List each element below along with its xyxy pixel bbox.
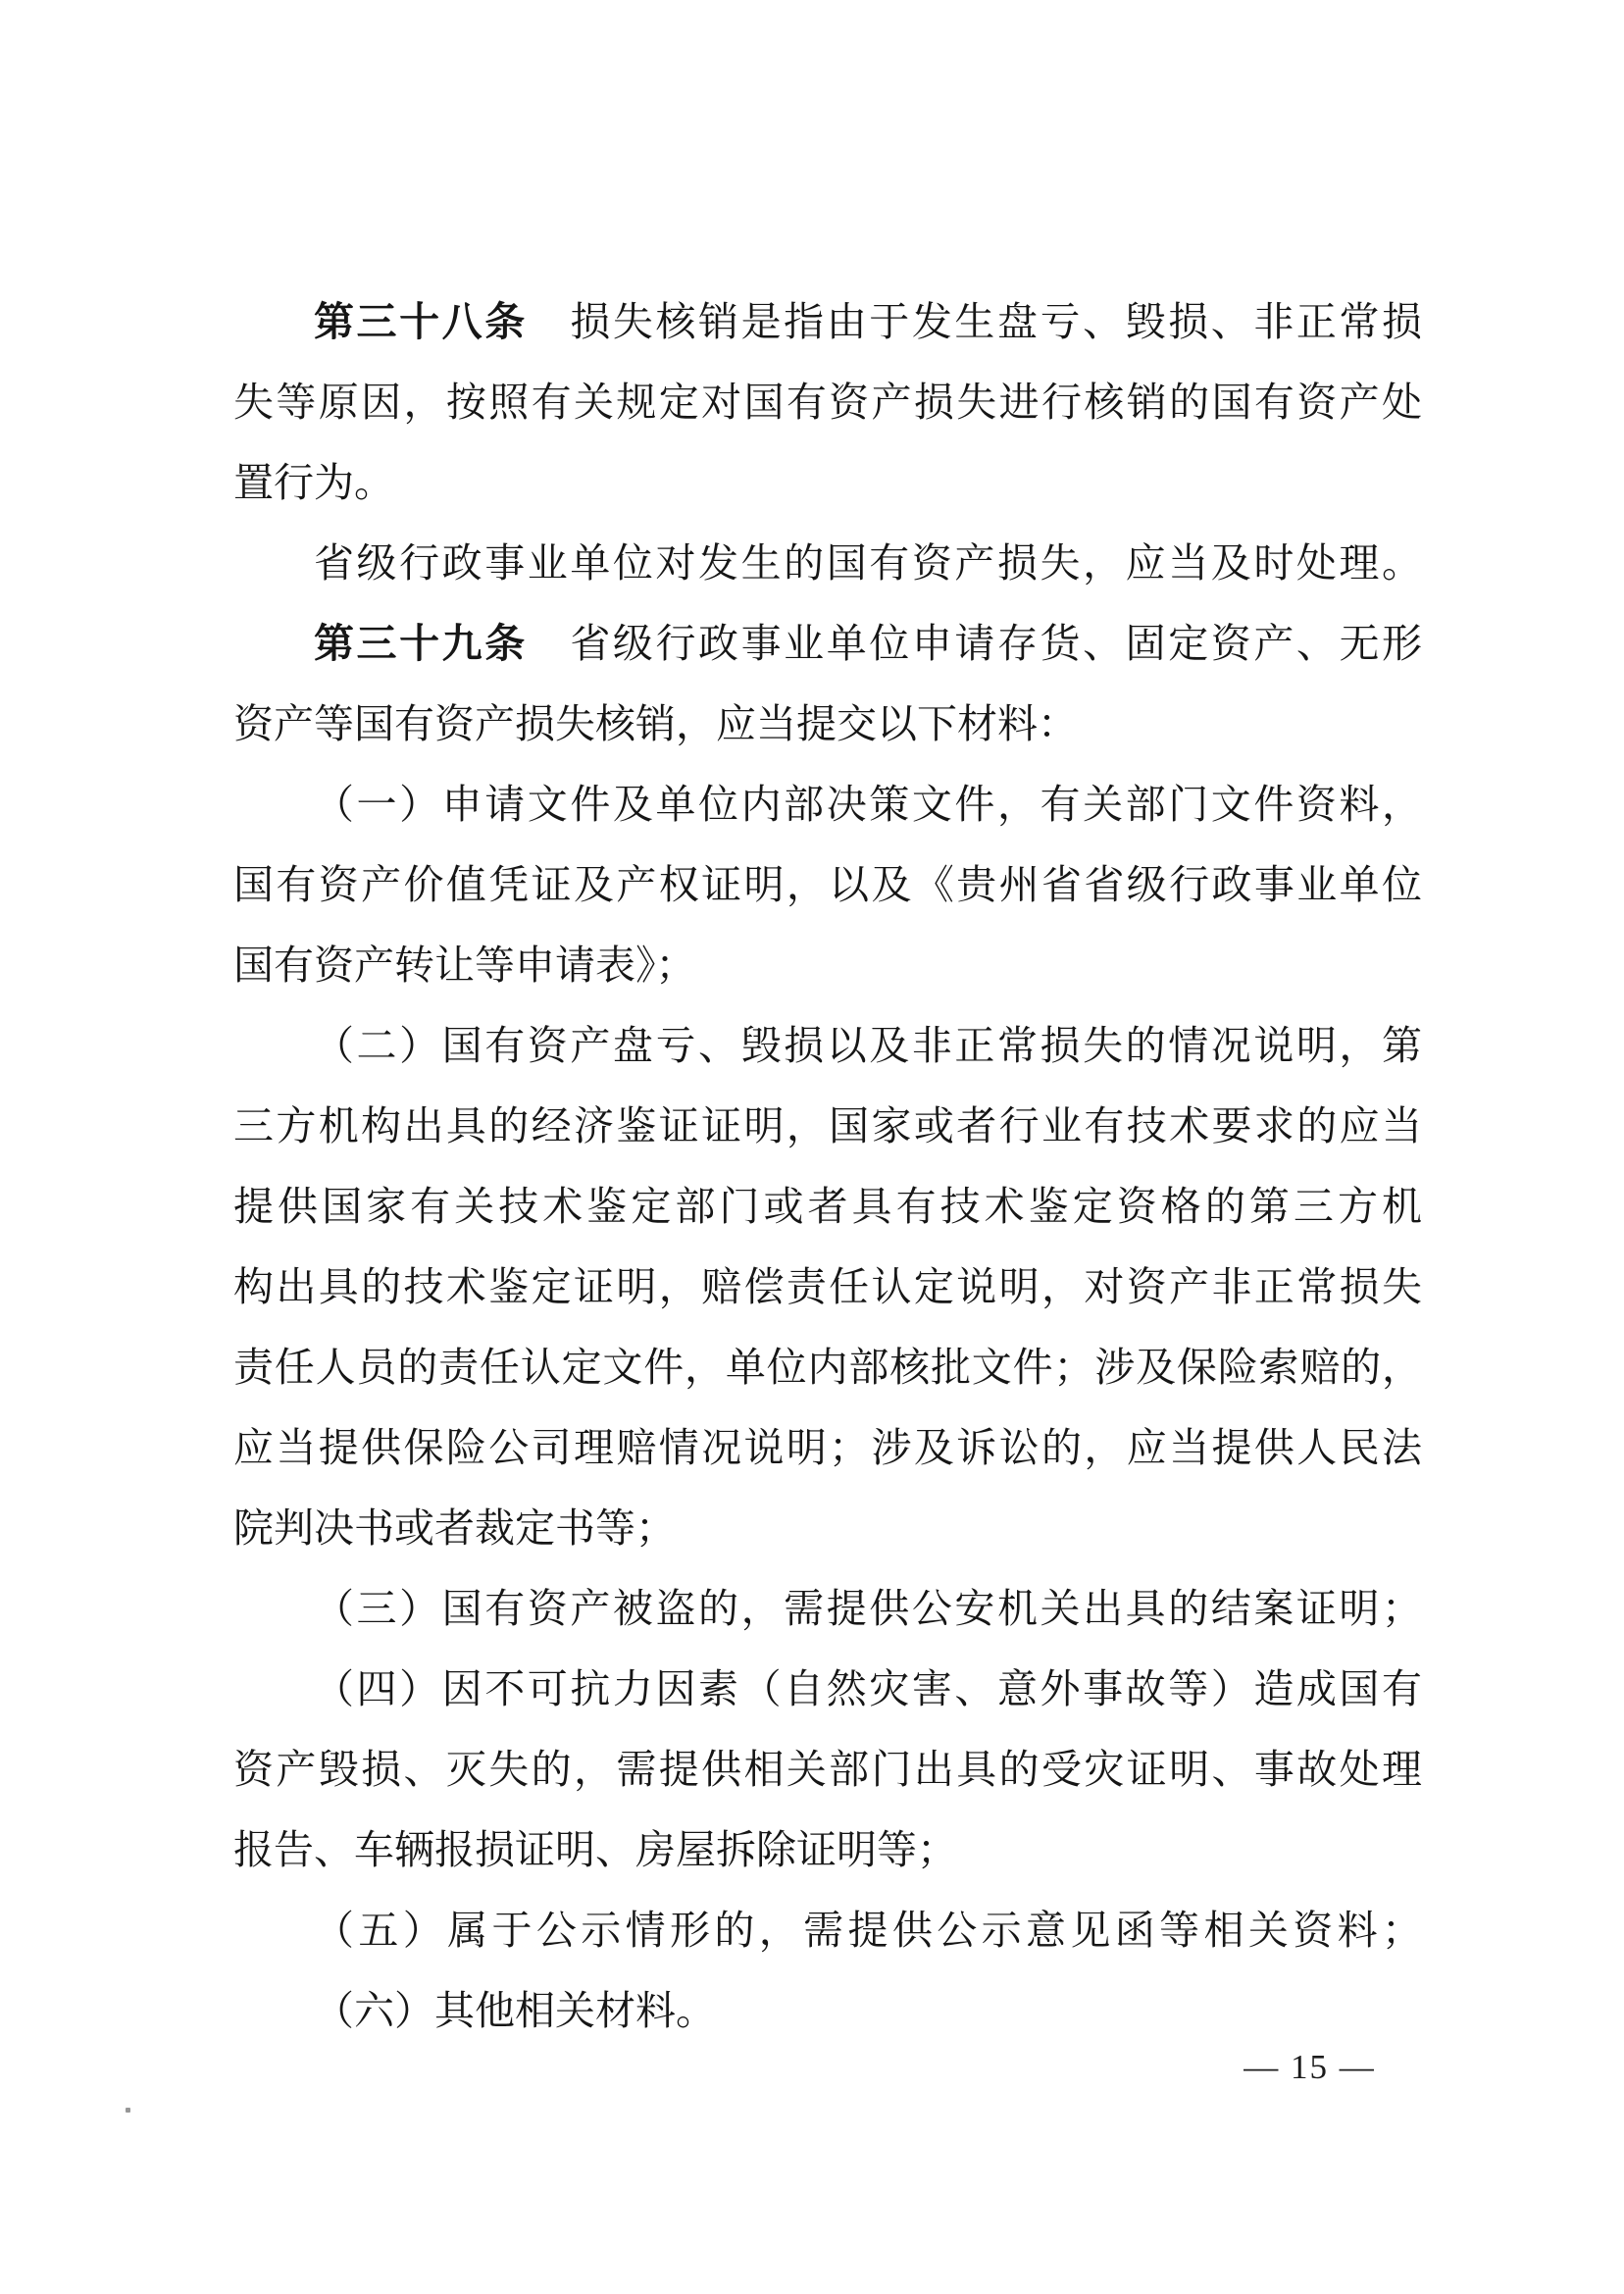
text-line: 资产毁损、灭失的，需提供相关部门出具的受灾证明、事故处理 [233, 1729, 1422, 1810]
text-run: （二）国有资产盘亏、毁损以及非正常损失的情况说明，第 [314, 1023, 1422, 1068]
document-body: 第三十八条 损失核销是指由于发生盘亏、毁损、非正常损失等原因，按照有关规定对国有… [233, 281, 1422, 2051]
document-page: 第三十八条 损失核销是指由于发生盘亏、毁损、非正常损失等原因，按照有关规定对国有… [0, 0, 1624, 2294]
text-line: 院判决书或者裁定书等； [233, 1488, 1422, 1568]
text-run: 失等原因，按照有关规定对国有资产损失进行核销的国有资产处 [233, 380, 1422, 425]
text-line: 国有资产价值凭证及产权证明，以及《贵州省省级行政事业单位 [233, 844, 1422, 925]
text-run: 置行为。 [233, 460, 394, 505]
article-39: 第三十九条 省级行政事业单位申请存货、固定资产、无形资产等国有资产损失核销，应当… [233, 603, 1422, 764]
text-line: （一）申请文件及单位内部决策文件，有关部门文件资料， [233, 764, 1422, 844]
page-number: — 15 — [1224, 2048, 1396, 2087]
text-run: （四）因不可抗力因素（自然灾害、意外事故等）造成国有 [314, 1666, 1422, 1711]
text-run: 院判决书或者裁定书等； [233, 1505, 676, 1551]
text-run: 损失核销是指由于发生盘亏、毁损、非正常损 [528, 299, 1422, 344]
para-timely-handling: 省级行政事业单位对发生的国有资产损失，应当及时处理。 [233, 523, 1422, 603]
text-run: （一）申请文件及单位内部决策文件，有关部门文件资料， [314, 782, 1422, 827]
text-run: 报告、车辆报损证明、房屋拆除证明等； [233, 1827, 957, 1872]
text-line: （三）国有资产被盗的，需提供公安机关出具的结案证明； [233, 1568, 1422, 1649]
item-1: （一）申请文件及单位内部决策文件，有关部门文件资料，国有资产价值凭证及产权证明，… [233, 764, 1422, 1005]
text-line: （四）因不可抗力因素（自然灾害、意外事故等）造成国有 [233, 1649, 1422, 1729]
text-line: 第三十九条 省级行政事业单位申请存货、固定资产、无形 [233, 603, 1422, 684]
item-6: （六）其他相关材料。 [233, 1970, 1422, 2051]
text-line: 责任人员的责任认定文件，单位内部核批文件；涉及保险索赔的， [233, 1327, 1422, 1407]
text-run: 提供国家有关技术鉴定部门或者具有技术鉴定资格的第三方机 [233, 1184, 1422, 1229]
text-line: 提供国家有关技术鉴定部门或者具有技术鉴定资格的第三方机 [233, 1166, 1422, 1247]
text-line: 国有资产转让等申请表》； [233, 925, 1422, 1005]
text-run: （三）国有资产被盗的，需提供公安机关出具的结案证明； [314, 1586, 1422, 1631]
text-run: 省级行政事业单位对发生的国有资产损失，应当及时处理。 [314, 540, 1422, 586]
scan-speck [126, 2108, 130, 2113]
text-run: （五）属于公示情形的，需提供公示意见函等相关资料； [314, 1908, 1422, 1953]
text-line: 省级行政事业单位对发生的国有资产损失，应当及时处理。 [233, 523, 1422, 603]
text-run: 资产毁损、灭失的，需提供相关部门出具的受灾证明、事故处理 [233, 1747, 1422, 1792]
text-line: 置行为。 [233, 442, 1422, 523]
article-number: 第三十九条 [314, 621, 528, 666]
item-3: （三）国有资产被盗的，需提供公安机关出具的结案证明； [233, 1568, 1422, 1649]
text-line: 第三十八条 损失核销是指由于发生盘亏、毁损、非正常损 [233, 281, 1422, 362]
article-38: 第三十八条 损失核销是指由于发生盘亏、毁损、非正常损失等原因，按照有关规定对国有… [233, 281, 1422, 523]
text-run: 应当提供保险公司理赔情况说明；涉及诉讼的，应当提供人民法 [233, 1425, 1422, 1470]
text-line: 资产等国有资产损失核销，应当提交以下材料： [233, 684, 1422, 764]
text-line: 三方机构出具的经济鉴证证明，国家或者行业有技术要求的应当 [233, 1086, 1422, 1166]
text-run: 责任人员的责任认定文件，单位内部核批文件；涉及保险索赔的， [233, 1345, 1422, 1390]
text-run: 资产等国有资产损失核销，应当提交以下材料： [233, 701, 1078, 746]
article-number: 第三十八条 [314, 299, 528, 344]
text-run: 三方机构出具的经济鉴证证明，国家或者行业有技术要求的应当 [233, 1103, 1422, 1148]
text-run: 构出具的技术鉴定证明，赔偿责任认定说明，对资产非正常损失 [233, 1264, 1422, 1309]
text-line: 应当提供保险公司理赔情况说明；涉及诉讼的，应当提供人民法 [233, 1407, 1422, 1488]
text-run: 国有资产转让等申请表》； [233, 943, 696, 988]
text-line: 失等原因，按照有关规定对国有资产损失进行核销的国有资产处 [233, 362, 1422, 442]
text-run: 国有资产价值凭证及产权证明，以及《贵州省省级行政事业单位 [233, 862, 1422, 907]
text-run: （六）其他相关材料。 [314, 1988, 716, 2033]
item-5: （五）属于公示情形的，需提供公示意见函等相关资料； [233, 1890, 1422, 1970]
text-line: （六）其他相关材料。 [233, 1970, 1422, 2051]
item-2: （二）国有资产盘亏、毁损以及非正常损失的情况说明，第三方机构出具的经济鉴证证明，… [233, 1005, 1422, 1568]
text-run: 省级行政事业单位申请存货、固定资产、无形 [528, 621, 1422, 666]
text-line: 报告、车辆报损证明、房屋拆除证明等； [233, 1810, 1422, 1890]
text-line: （五）属于公示情形的，需提供公示意见函等相关资料； [233, 1890, 1422, 1970]
text-line: 构出具的技术鉴定证明，赔偿责任认定说明，对资产非正常损失 [233, 1247, 1422, 1327]
item-4: （四）因不可抗力因素（自然灾害、意外事故等）造成国有资产毁损、灭失的，需提供相关… [233, 1649, 1422, 1890]
text-line: （二）国有资产盘亏、毁损以及非正常损失的情况说明，第 [233, 1005, 1422, 1086]
